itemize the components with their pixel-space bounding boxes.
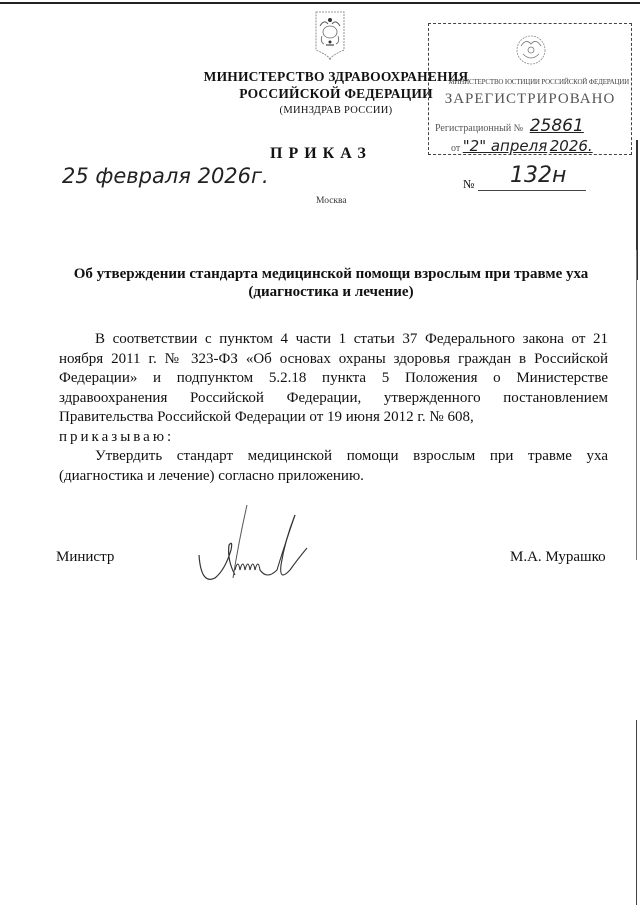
order-word: приказываю: xyxy=(59,428,608,448)
scan-right-edge xyxy=(636,250,637,560)
document-title-line2: (диагностика и лечение) xyxy=(52,283,610,301)
stamp-date-row: от "2" апреля 2026. xyxy=(451,137,593,155)
order-paragraph: Утвердить стандарт медицинской помощи вз… xyxy=(59,447,608,486)
registration-stamp: МИНИСТЕРСТВО ЮСТИЦИИ РОССИЙСКОЙ ФЕДЕРАЦИ… xyxy=(428,23,632,155)
stamp-date: "2" апреля xyxy=(463,137,547,155)
document-title: Об утверждении стандарта медицинской пом… xyxy=(52,265,610,301)
signatory-role: Министр xyxy=(56,549,114,566)
stamp-organization: МИНИСТЕРСТВО ЮСТИЦИИ РОССИЙСКОЙ ФЕДЕРАЦИ… xyxy=(433,78,629,86)
stamp-reg-number-label: Регистрационный № xyxy=(435,123,523,134)
signature-icon xyxy=(195,500,315,592)
scan-top-border xyxy=(0,2,640,4)
stamp-year: 2026. xyxy=(550,137,593,155)
document-title-line1: Об утверждении стандарта медицинской пом… xyxy=(52,265,610,283)
order-number-underline xyxy=(478,190,586,191)
coat-of-arms-icon xyxy=(314,10,346,62)
stamp-reg-number-row: Регистрационный № 25861 xyxy=(435,116,584,136)
scan-right-edge xyxy=(636,720,637,905)
document-body: В соответствии с пунктом 4 части 1 стать… xyxy=(59,330,608,486)
stamp-status: ЗАРЕГИСТРИРОВАНО xyxy=(429,91,631,108)
order-title: ПРИКАЗ xyxy=(270,145,372,163)
order-number-label: № xyxy=(463,177,474,192)
preamble-paragraph: В соответствии с пунктом 4 части 1 стать… xyxy=(59,330,608,428)
stamp-reg-number: 25861 xyxy=(530,116,584,136)
signatory-name: М.А. Мурашко xyxy=(510,549,606,566)
order-city: Москва xyxy=(316,196,347,206)
stamp-coat-of-arms-icon xyxy=(511,32,551,70)
stamp-date-prefix: от xyxy=(451,143,460,154)
order-number: 132н xyxy=(510,163,566,188)
order-date: 25 февраля 2026г. xyxy=(62,164,269,188)
